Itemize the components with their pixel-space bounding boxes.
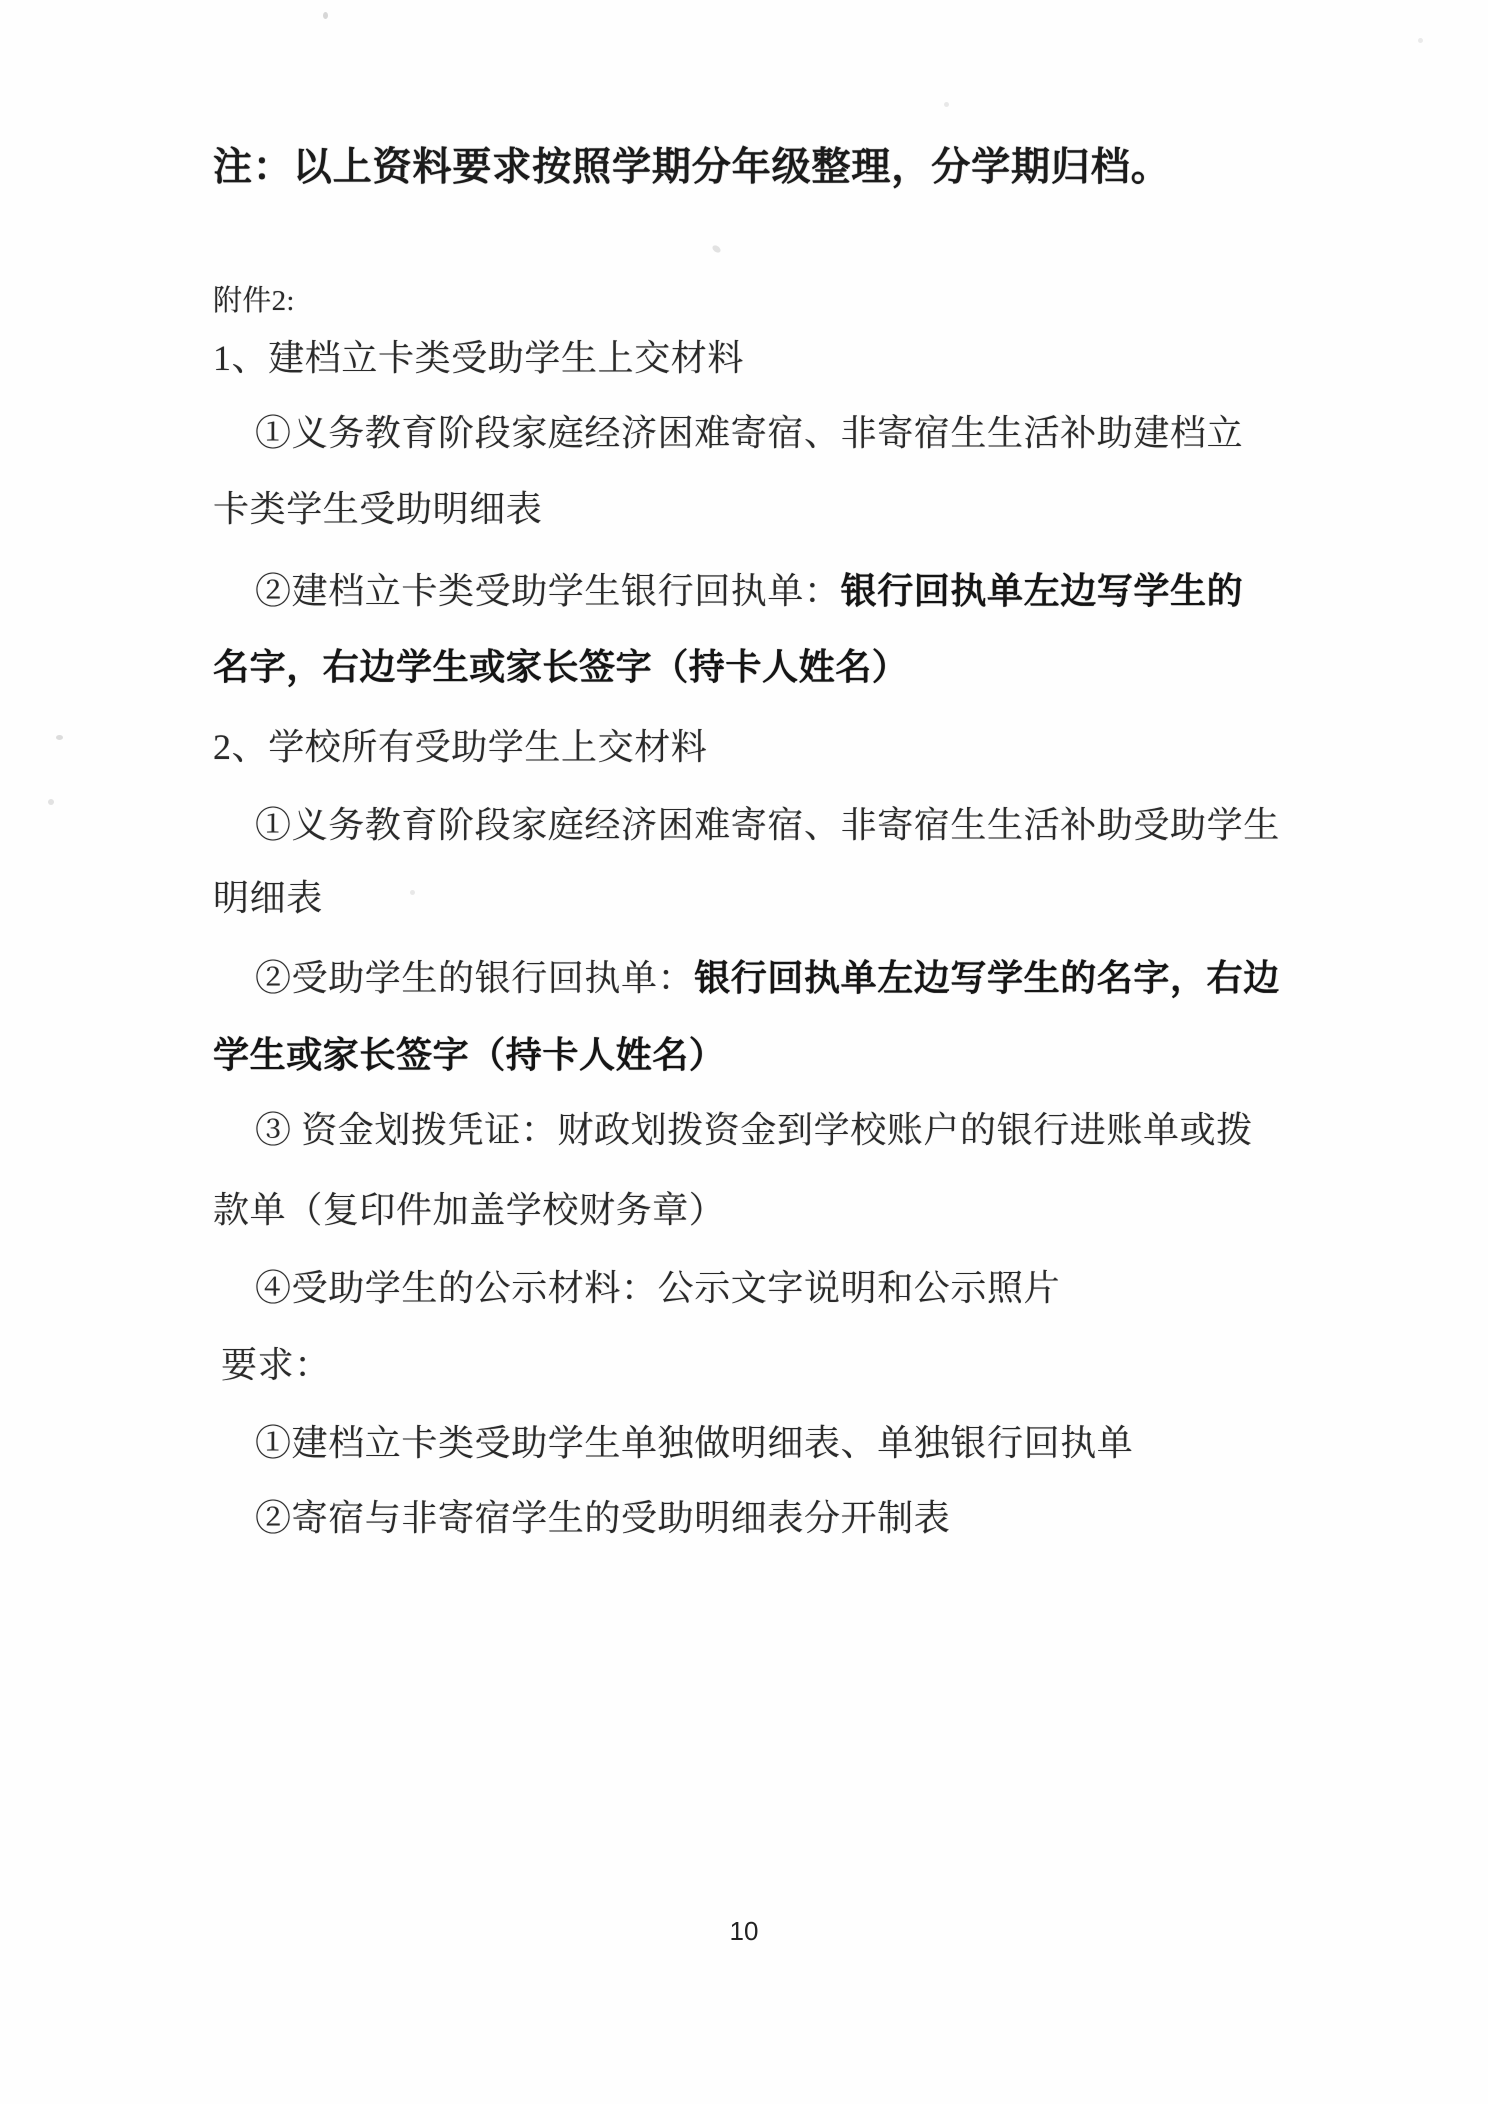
scan-speck bbox=[944, 102, 949, 107]
section-1-heading: 1、建档立卡类受助学生上交材料 bbox=[213, 338, 744, 379]
s1-item-2-prefix: ②建档立卡类受助学生银行回执单： bbox=[255, 571, 841, 611]
scanned-document-page: 注：以上资料要求按照学期分年级整理，分学期归档。 附件2: 1、建档立卡类受助学… bbox=[0, 0, 1488, 2104]
scan-speck bbox=[56, 735, 63, 740]
s1-item-2-line-2: 名字，右边学生或家长签字（持卡人姓名） bbox=[213, 647, 908, 688]
scan-speck bbox=[48, 799, 54, 805]
requirement-1-line: ①建档立卡类受助学生单独做明细表、单独银行回执单 bbox=[255, 1423, 1133, 1464]
s2-item-1-line-2: 明细表 bbox=[213, 878, 323, 919]
s2-item-2-line-1: ②受助学生的银行回执单：银行回执单左边写学生的名字，右边 bbox=[255, 958, 1280, 999]
scan-speck bbox=[1418, 38, 1423, 43]
attachment-label: 附件2: bbox=[213, 285, 295, 318]
s2-item-1-line-1: ①义务教育阶段家庭经济困难寄宿、非寄宿生生活补助受助学生 bbox=[255, 805, 1280, 846]
scan-speck bbox=[711, 244, 722, 254]
s2-item-3-line-1: ③ 资金划拨凭证：财政划拨资金到学校账户的银行进账单或拨 bbox=[255, 1110, 1253, 1151]
scan-speck bbox=[410, 890, 415, 895]
s2-item-4-line: ④受助学生的公示材料：公示文字说明和公示照片 bbox=[255, 1268, 1060, 1309]
s2-item-2-line-2: 学生或家长签字（持卡人姓名） bbox=[213, 1035, 725, 1076]
requirements-label: 要求： bbox=[221, 1345, 331, 1386]
s1-item-2-bold: 银行回执单左边写学生的 bbox=[841, 571, 1244, 611]
page-number: 10 bbox=[0, 1916, 1488, 1947]
s1-item-1-line-2: 卡类学生受助明细表 bbox=[213, 489, 542, 530]
s1-item-1-line-1: ①义务教育阶段家庭经济困难寄宿、非寄宿生生活补助建档立 bbox=[255, 413, 1243, 454]
s2-item-3-line-2: 款单（复印件加盖学校财务章） bbox=[213, 1190, 725, 1231]
s2-item-2-prefix: ②受助学生的银行回执单： bbox=[255, 958, 694, 998]
note-line: 注：以上资料要求按照学期分年级整理，分学期归档。 bbox=[213, 146, 1171, 191]
s1-item-2-line-1: ②建档立卡类受助学生银行回执单：银行回执单左边写学生的 bbox=[255, 571, 1243, 612]
section-2-heading: 2、学校所有受助学生上交材料 bbox=[213, 727, 707, 768]
s2-item-2-bold: 银行回执单左边写学生的名字，右边 bbox=[694, 958, 1280, 998]
requirement-2-line: ②寄宿与非寄宿学生的受助明细表分开制表 bbox=[255, 1498, 950, 1539]
scan-speck bbox=[323, 12, 328, 19]
